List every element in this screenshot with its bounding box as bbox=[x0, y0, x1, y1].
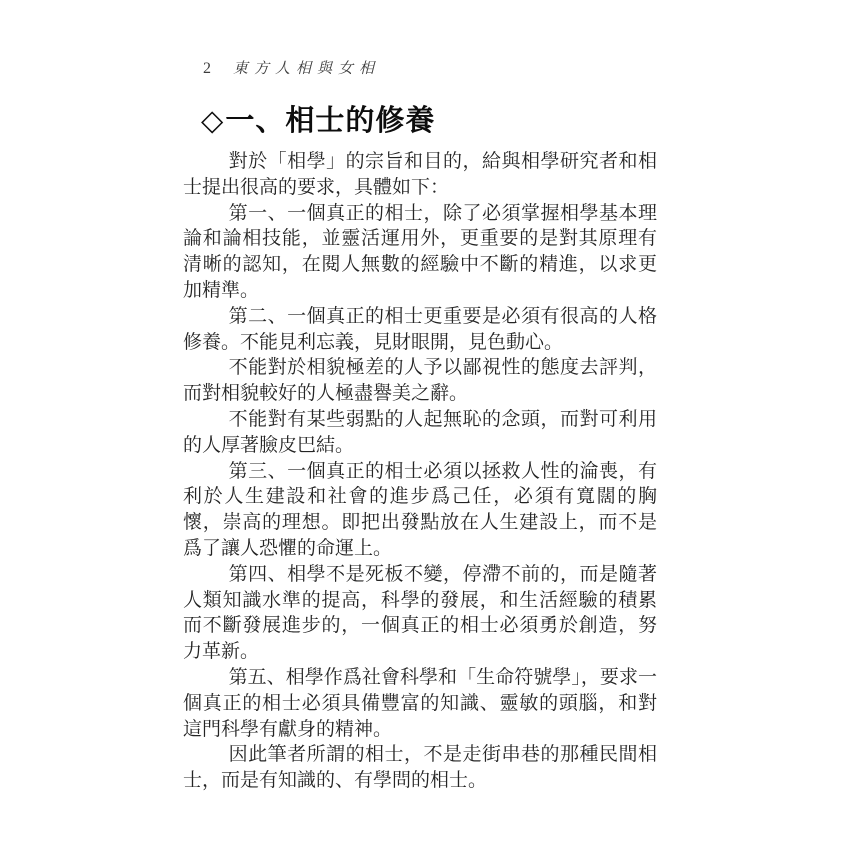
body-text: 對於「相學」的宗旨和目的，給與相學研究者和相士提出很高的要求，具體如下： 第一、… bbox=[183, 149, 657, 794]
paragraph: 不能對有某些弱點的人起無恥的念頭，而對可利用的人厚著臉皮巴結。 bbox=[183, 407, 657, 459]
paragraph: 第三、一個真正的相士必須以拯救人性的淪喪，有利於人生建設和社會的進步爲己任，必須… bbox=[183, 459, 657, 562]
page-number: 2 bbox=[203, 60, 211, 78]
paragraph: 對於「相學」的宗旨和目的，給與相學研究者和相士提出很高的要求，具體如下： bbox=[183, 149, 657, 201]
paragraph: 第五、相學作爲社會科學和「生命符號學」，要求一個真正的相士必須具備豐富的知識、靈… bbox=[183, 665, 657, 742]
paragraph: 第四、相學不是死板不變，停滯不前的，而是隨著人類知識水準的提高，科學的發展，和生… bbox=[183, 562, 657, 665]
section-heading: ◇一、相士的修養 bbox=[201, 102, 435, 140]
book-title: 東方人相與女相 bbox=[233, 57, 380, 78]
paragraph: 不能對於相貌極差的人予以鄙視性的態度去評判，而對相貌較好的人極盡譽美之辭。 bbox=[183, 355, 657, 407]
paragraph: 因此筆者所謂的相士，不是走街串巷的那種民間相士，而是有知識的、有學問的相士。 bbox=[183, 742, 657, 794]
paragraph: 第一、一個真正的相士，除了必須掌握相學基本理論和論相技能，並靈活運用外，更重要的… bbox=[183, 201, 657, 304]
running-header: 2 東方人相與女相 bbox=[203, 57, 380, 78]
paragraph: 第二、一個真正的相士更重要是必須有很高的人格修養。不能見利忘義，見財眼開，見色動… bbox=[183, 304, 657, 356]
diamond-marker-icon: ◇ bbox=[201, 105, 224, 137]
book-page: 2 東方人相與女相 ◇一、相士的修養 對於「相學」的宗旨和目的，給與相學研究者和… bbox=[0, 0, 850, 850]
section-title: 一、相士的修養 bbox=[225, 105, 435, 137]
